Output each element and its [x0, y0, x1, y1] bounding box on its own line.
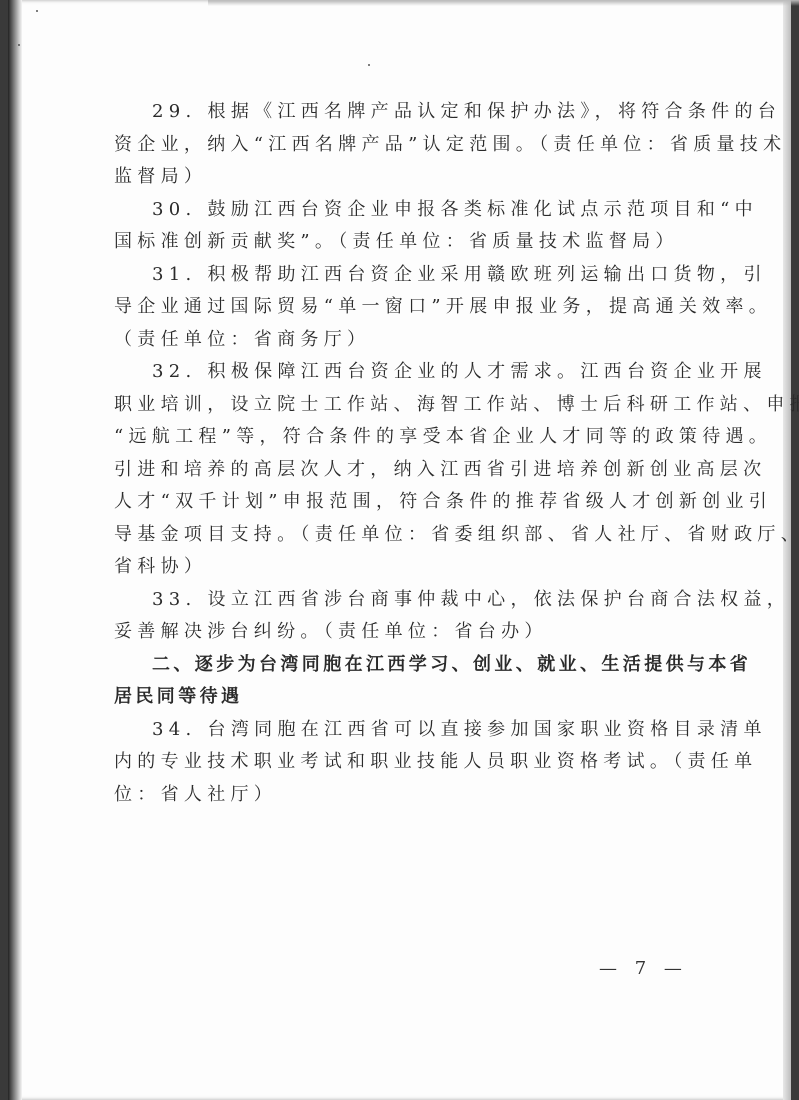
text-line: 国标准创新贡献奖”。（责任单位：省质量技术监督局）	[114, 226, 674, 259]
paragraph-item-34: 34. 台湾同胞在江西省可以直接参加国家职业资格目录清单 内的专业技术职业考试和…	[114, 714, 674, 812]
text-line: 资企业，纳入“江西名牌产品”认定范围。（责任单位：省质量技术	[114, 129, 674, 162]
paragraph-item-31: 31. 积极帮助江西台资企业采用赣欧班列运输出口货物，引 导企业通过国际贸易“单…	[114, 259, 674, 357]
page-number: — 7 —	[599, 958, 688, 979]
text-line: 导企业通过国际贸易“单一窗口”开展申报业务，提高通关效率。	[114, 291, 674, 324]
heading-line: 居民同等待遇	[114, 681, 674, 714]
text-line: 引进和培养的高层次人才，纳入江西省引进培养创新创业高层次	[114, 454, 674, 487]
text-line: 导基金项目支持。（责任单位：省委组织部、省人社厅、省财政厅、	[114, 519, 674, 552]
text-line: 省科协）	[114, 551, 674, 584]
text-line: 妥善解决涉台纠纷。（责任单位：省台办）	[114, 616, 674, 649]
text-line: 职业培训，设立院士工作站、海智工作站、博士后科研工作站、申报	[114, 389, 674, 422]
scan-speck	[368, 64, 370, 66]
paragraph-item-30: 30. 鼓励江西台资企业申报各类标准化试点示范项目和“中 国标准创新贡献奖”。（…	[114, 194, 674, 259]
scan-speck	[36, 10, 38, 12]
scan-right-edge	[783, 0, 791, 1100]
scan-left-shadow	[8, 0, 22, 1100]
text-line: 31. 积极帮助江西台资企业采用赣欧班列运输出口货物，引	[114, 259, 674, 292]
document-page: 29. 根据《江西名牌产品认定和保护办法》，将符合条件的台 资企业，纳入“江西名…	[8, 0, 791, 1100]
text-line: 30. 鼓励江西台资企业申报各类标准化试点示范项目和“中	[114, 194, 674, 227]
heading-line: 二、逐步为台湾同胞在江西学习、创业、就业、生活提供与本省	[114, 649, 674, 682]
text-line: 33. 设立江西省涉台商事仲裁中心，依法保护台商合法权益，	[114, 584, 674, 617]
text-line: （责任单位：省商务厅）	[114, 324, 674, 357]
text-line: 人才“双千计划”申报范围，符合条件的推荐省级人才创新创业引	[114, 486, 674, 519]
text-line: “远航工程”等，符合条件的享受本省企业人才同等的政策待遇。	[114, 421, 674, 454]
document-body: 29. 根据《江西名牌产品认定和保护办法》，将符合条件的台 资企业，纳入“江西名…	[114, 96, 674, 811]
text-line: 32. 积极保障江西台资企业的人才需求。江西台资企业开展	[114, 356, 674, 389]
scan-top-shadow	[208, 0, 799, 6]
paragraph-item-29: 29. 根据《江西名牌产品认定和保护办法》，将符合条件的台 资企业，纳入“江西名…	[114, 96, 674, 194]
scan-speck	[18, 44, 20, 46]
paragraph-item-33: 33. 设立江西省涉台商事仲裁中心，依法保护台商合法权益， 妥善解决涉台纠纷。（…	[114, 584, 674, 649]
text-line: 34. 台湾同胞在江西省可以直接参加国家职业资格目录清单	[114, 714, 674, 747]
section-heading-2: 二、逐步为台湾同胞在江西学习、创业、就业、生活提供与本省 居民同等待遇	[114, 649, 674, 714]
text-line: 位：省人社厅）	[114, 779, 674, 812]
text-line: 监督局）	[114, 161, 674, 194]
text-line: 29. 根据《江西名牌产品认定和保护办法》，将符合条件的台	[114, 96, 674, 129]
paragraph-item-32: 32. 积极保障江西台资企业的人才需求。江西台资企业开展 职业培训，设立院士工作…	[114, 356, 674, 584]
text-line: 内的专业技术职业考试和职业技能人员职业资格考试。（责任单	[114, 746, 674, 779]
